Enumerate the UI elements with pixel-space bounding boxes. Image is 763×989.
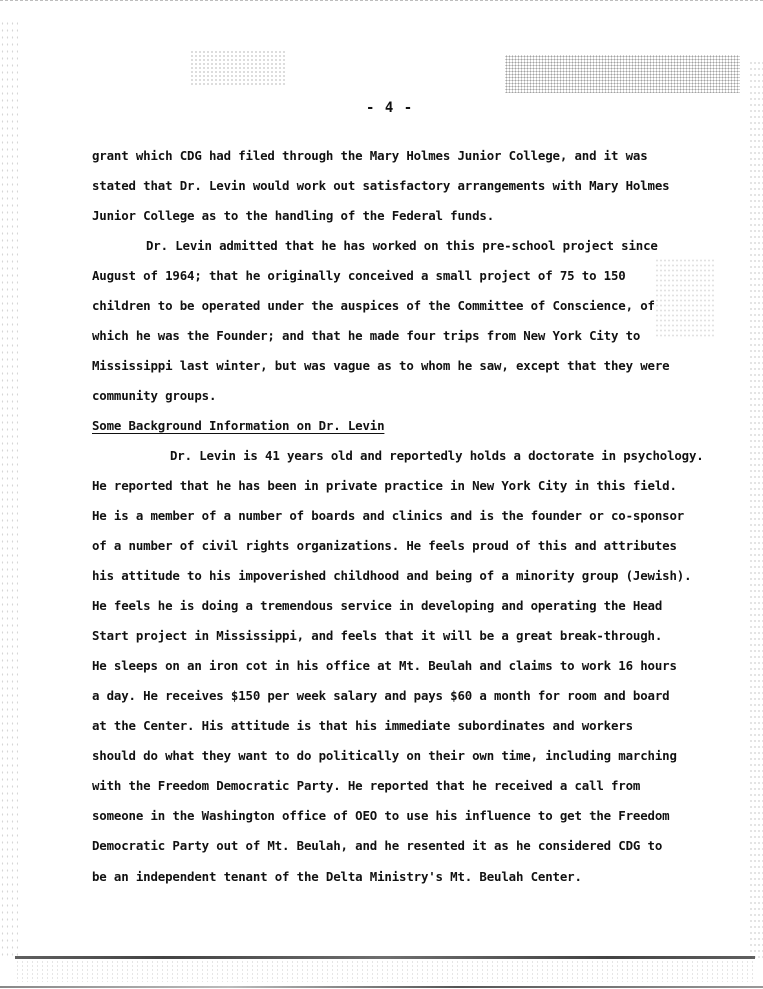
text-line: with the Freedom Democratic Party. He re… [92, 778, 640, 794]
text-line: He sleeps on an iron cot in his office a… [92, 658, 677, 674]
text-line: should do what they want to do political… [92, 748, 677, 764]
text-line: his attitude to his impoverished childho… [92, 568, 691, 584]
text-line: Start project in Mississippi, and feels … [92, 628, 662, 644]
text-line: stated that Dr. Levin would work out sat… [92, 178, 669, 194]
text-line: community groups. [92, 388, 216, 404]
text-line: Dr. Levin admitted that he has worked on… [146, 238, 658, 254]
scan-noise-patch [15, 960, 755, 982]
text-line: Dr. Levin is 41 years old and reportedly… [170, 448, 704, 464]
text-line: someone in the Washington office of OEO … [92, 808, 669, 824]
scan-noise-patch [655, 258, 715, 338]
scan-bottom-border [0, 986, 763, 988]
text-line: Democratic Party out of Mt. Beulah, and … [92, 838, 662, 854]
text-line: He feels he is doing a tremendous servic… [92, 598, 662, 614]
text-line: Junior College as to the handling of the… [92, 208, 494, 224]
text-line: Mississippi last winter, but was vague a… [92, 358, 669, 374]
scan-bottom-edge [15, 956, 755, 959]
scan-left-edge-noise [0, 20, 18, 960]
text-line: of a number of civil rights organization… [92, 538, 677, 554]
scan-noise-patch [505, 55, 740, 93]
text-line: be an independent tenant of the Delta Mi… [92, 869, 582, 885]
text-line: a day. He receives $150 per week salary … [92, 688, 669, 704]
text-line: He is a member of a number of boards and… [92, 508, 684, 524]
text-line: grant which CDG had filed through the Ma… [92, 148, 648, 164]
scan-right-edge-noise [749, 60, 763, 960]
page-number: - 4 - [366, 100, 413, 116]
text-line: He reported that he has been in private … [92, 478, 677, 494]
text-line: children to be operated under the auspic… [92, 298, 655, 314]
scan-top-border [0, 0, 763, 3]
section-heading: Some Background Information on Dr. Levin [92, 418, 384, 434]
text-line: which he was the Founder; and that he ma… [92, 328, 640, 344]
text-line: August of 1964; that he originally conce… [92, 268, 626, 284]
text-line: at the Center. His attitude is that his … [92, 718, 633, 734]
scan-noise-patch [190, 50, 285, 85]
